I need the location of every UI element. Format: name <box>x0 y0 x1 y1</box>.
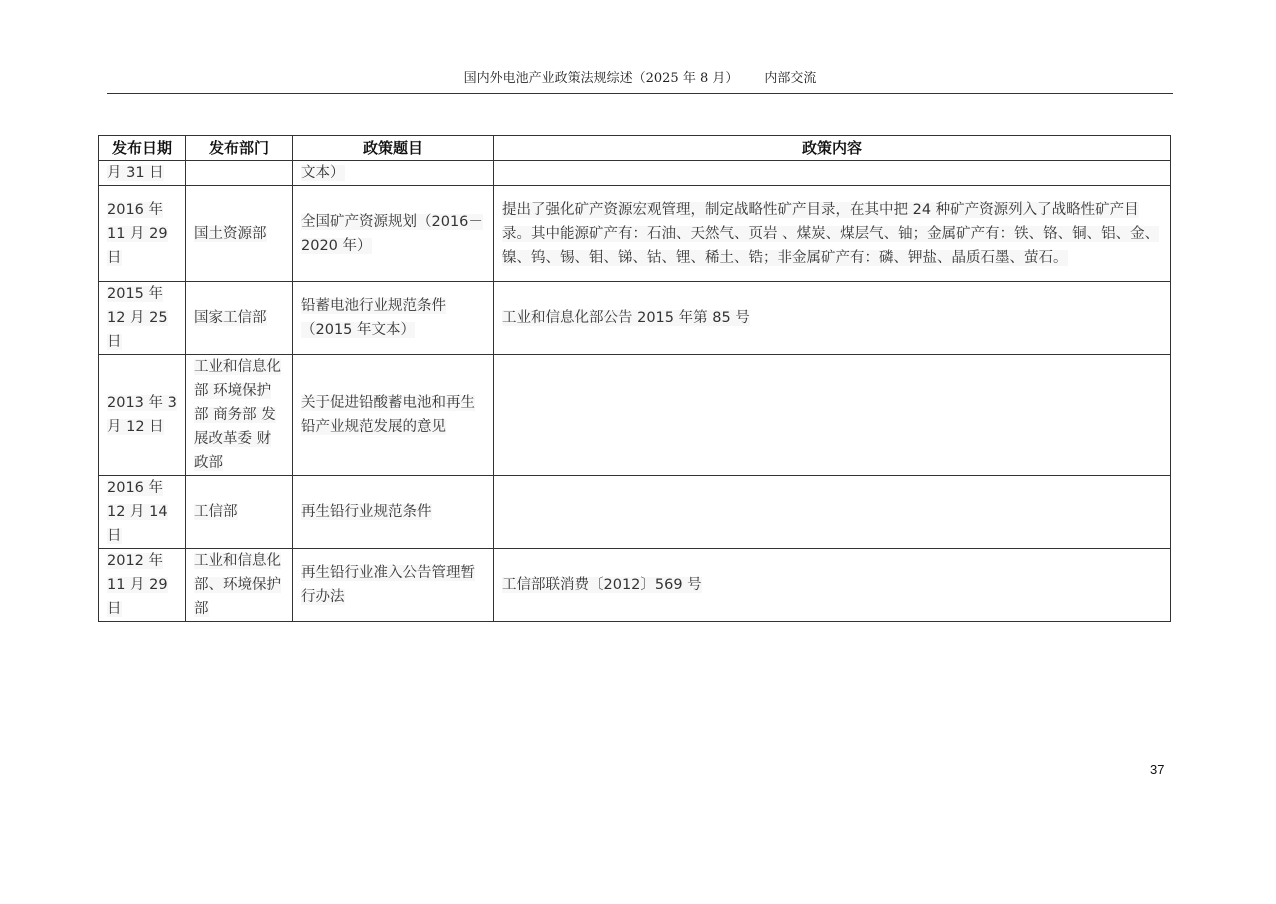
page-header: 国内外电池产业政策法规综述（2025 年 8 月）内部交流 <box>107 70 1173 94</box>
table-row: 2016 年 11 月 29 日 国土资源部 全国矿产资源规划（2016－202… <box>99 186 1171 282</box>
cell-date: 月 31 日 <box>99 161 186 186</box>
cell-department: 工信部 <box>186 476 293 549</box>
table-row: 2013 年 3 月 12 日 工业和信息化部 环境保护部 商务部 发展改革委 … <box>99 355 1171 476</box>
column-header-department: 发布部门 <box>186 136 293 161</box>
cell-title: 关于促进铅酸蓄电池和再生铅产业规范发展的意见 <box>293 355 494 476</box>
policy-table: 发布日期 发布部门 政策题目 政策内容 月 31 日 文本） 2016 年 11… <box>98 135 1171 622</box>
column-header-content: 政策内容 <box>494 136 1171 161</box>
cell-content <box>494 161 1171 186</box>
cell-title: 文本） <box>293 161 494 186</box>
cell-date: 2013 年 3 月 12 日 <box>99 355 186 476</box>
document-tag: 内部交流 <box>764 71 816 86</box>
cell-date: 2015 年 12 月 25 日 <box>99 282 186 355</box>
table-row: 月 31 日 文本） <box>99 161 1171 186</box>
column-header-date: 发布日期 <box>99 136 186 161</box>
cell-title: 再生铅行业准入公告管理暂行办法 <box>293 549 494 622</box>
table-row: 2012 年 11 月 29 日 工业和信息化部、环境保护部 再生铅行业准入公告… <box>99 549 1171 622</box>
cell-department: 工业和信息化部 环境保护部 商务部 发展改革委 财政部 <box>186 355 293 476</box>
table-row: 2016 年 12 月 14 日 工信部 再生铅行业规范条件 <box>99 476 1171 549</box>
cell-content: 工信部联消费〔2012〕569 号 <box>494 549 1171 622</box>
cell-date: 2016 年 12 月 14 日 <box>99 476 186 549</box>
cell-department <box>186 161 293 186</box>
column-header-title: 政策题目 <box>293 136 494 161</box>
cell-content <box>494 355 1171 476</box>
cell-department: 国家工信部 <box>186 282 293 355</box>
table-row: 2015 年 12 月 25 日 国家工信部 铅蓄电池行业规范条件（2015 年… <box>99 282 1171 355</box>
table-header-row: 发布日期 发布部门 政策题目 政策内容 <box>99 136 1171 161</box>
cell-content: 提出了强化矿产资源宏观管理，制定战略性矿产目录，在其中把 24 种矿产资源列入了… <box>494 186 1171 282</box>
cell-date: 2016 年 11 月 29 日 <box>99 186 186 282</box>
cell-content: 工业和信息化部公告 2015 年第 85 号 <box>494 282 1171 355</box>
document-title: 国内外电池产业政策法规综述（2025 年 8 月） <box>464 71 739 86</box>
page-number: 37 <box>1150 762 1164 777</box>
cell-title: 铅蓄电池行业规范条件（2015 年文本） <box>293 282 494 355</box>
cell-title: 全国矿产资源规划（2016－2020 年） <box>293 186 494 282</box>
cell-department: 国土资源部 <box>186 186 293 282</box>
cell-title: 再生铅行业规范条件 <box>293 476 494 549</box>
cell-content <box>494 476 1171 549</box>
cell-date: 2012 年 11 月 29 日 <box>99 549 186 622</box>
cell-department: 工业和信息化部、环境保护部 <box>186 549 293 622</box>
